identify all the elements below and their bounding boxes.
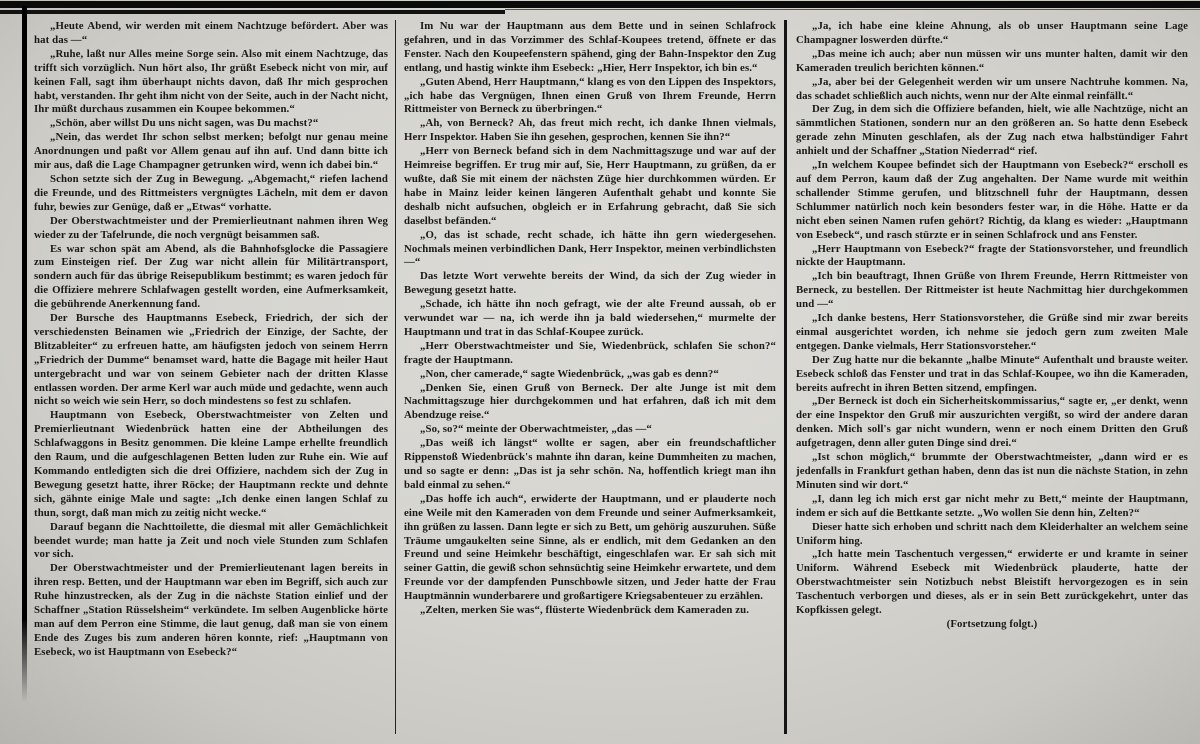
- page-edge-shadow: [22, 6, 27, 702]
- paragraph: „O, das ist schade, recht schade, ich hä…: [404, 229, 776, 271]
- top-rule-thin: [505, 9, 1200, 10]
- paragraph: „Herr von Berneck befand sich in dem Nac…: [404, 145, 776, 228]
- paragraph: „Zelten, merken Sie was“, flüsterte Wied…: [404, 604, 776, 618]
- paragraph: „Heute Abend, wir werden mit einem Nacht…: [34, 20, 388, 48]
- paragraph: „I, dann leg ich mich erst gar nicht meh…: [796, 493, 1188, 521]
- paragraph: (Fortsetzung folgt.): [796, 618, 1188, 632]
- paragraph: Darauf begann die Nachttoilette, die die…: [34, 521, 388, 563]
- paragraph: „Schön, aber willst Du uns nicht sagen, …: [34, 117, 388, 131]
- paragraph: „In welchem Koupee befindet sich der Hau…: [796, 159, 1188, 242]
- paragraph: Der Zug hatte nur die bekannte „halbe Mi…: [796, 354, 1188, 396]
- paragraph: „Herr Hauptmann von Esebeck?“ fragte der…: [796, 243, 1188, 271]
- column-3: „Ja, ich habe eine kleine Ahnung, als ob…: [784, 20, 1188, 734]
- paragraph: „So, so?“ meinte der Oberwachtmeister, „…: [404, 423, 776, 437]
- column-1: „Heute Abend, wir werden mit einem Nacht…: [34, 20, 395, 734]
- paragraph: „Das meine ich auch; aber nun müssen wir…: [796, 48, 1188, 76]
- paragraph: „Ja, ich habe eine kleine Ahnung, als ob…: [796, 20, 1188, 48]
- paragraph: „Ich bin beauftragt, Ihnen Grüße von Ihr…: [796, 270, 1188, 312]
- article-body: „Heute Abend, wir werden mit einem Nacht…: [34, 20, 1188, 736]
- paragraph: „Das hoffe ich auch“, erwiderte der Haup…: [404, 493, 776, 604]
- paragraph: „Ruhe, laßt nur Alles meine Sorge sein. …: [34, 48, 388, 118]
- paragraph: Hauptmann von Esebeck, Oberstwachtmeiste…: [34, 409, 388, 520]
- paragraph: Das letzte Wort verwehte bereits der Win…: [404, 270, 776, 298]
- newspaper-page-scan: „Heute Abend, wir werden mit einem Nacht…: [0, 0, 1200, 744]
- paragraph: Im Nu war der Hauptmann aus dem Bette un…: [404, 20, 776, 76]
- paragraph: „Nein, das werdet Ihr schon selbst merke…: [34, 131, 388, 173]
- paragraph: Der Oberstwachtmeister und der Premierli…: [34, 215, 388, 243]
- paragraph: „Guten Abend, Herr Hauptmann,“ klang es …: [404, 76, 776, 118]
- paragraph: „Der Berneck ist doch ein Sicherheitskom…: [796, 395, 1188, 451]
- paragraph: „Ah, von Berneck? Ah, das freut mich rec…: [404, 117, 776, 145]
- paragraph: „Non, cher camerade,“ sagte Wiedenbrück,…: [404, 368, 776, 382]
- top-rule-secondary: [0, 10, 505, 14]
- paragraph: „Ist schon möglich,“ brummte der Oberstw…: [796, 451, 1188, 493]
- paragraph: Es war schon spät am Abend, als die Bahn…: [34, 243, 388, 313]
- paragraph: Schon setzte sich der Zug in Bewegung. „…: [34, 173, 388, 215]
- paragraph: Der Bursche des Hauptmanns Esebeck, Frie…: [34, 312, 388, 409]
- paragraph: „Denken Sie, einen Gruß von Berneck. Der…: [404, 382, 776, 424]
- paragraph: Der Zug, in dem sich die Offiziere befan…: [796, 103, 1188, 159]
- column-2: Im Nu war der Hauptmann aus dem Bette un…: [395, 20, 784, 734]
- paragraph: „Das weiß ich längst“ wollte er sagen, a…: [404, 437, 776, 493]
- paragraph: „Ich hatte mein Taschentuch vergessen,“ …: [796, 548, 1188, 618]
- paragraph: Dieser hatte sich erhoben und schritt na…: [796, 521, 1188, 549]
- paragraph: „Herr Oberstwachtmeister und Sie, Wieden…: [404, 340, 776, 368]
- paragraph: Der Oberstwachtmeister und der Premierli…: [34, 562, 388, 659]
- top-rule: [0, 1, 1200, 8]
- paragraph: „Schade, ich hätte ihn noch gefragt, wie…: [404, 298, 776, 340]
- paragraph: „Ja, aber bei der Gelegenheit werden wir…: [796, 76, 1188, 104]
- paragraph: „Ich danke bestens, Herr Stationsvorsteh…: [796, 312, 1188, 354]
